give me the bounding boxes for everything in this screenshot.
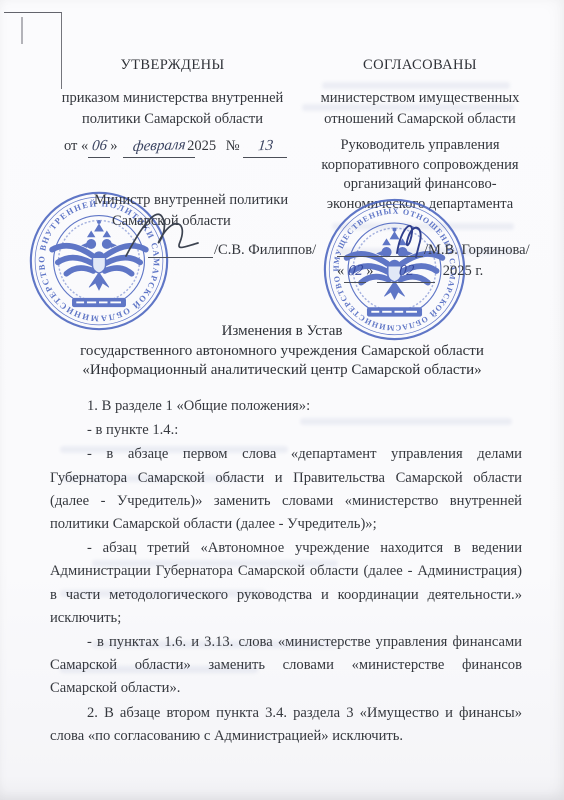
- approved-by-line1: приказом министерства внутренней: [40, 88, 305, 109]
- paragraph: - в абзаце первом слова «департамент упр…: [50, 443, 522, 536]
- document-page: УТВЕРЖДЕНЫ приказом министерства внутрен…: [0, 0, 564, 800]
- paragraph: - в пунктах 1.6. и 3.13. слова «министер…: [50, 631, 522, 701]
- approved-date-day-handwritten: 06: [91, 136, 108, 158]
- approved-date-year: 2025: [187, 138, 216, 154]
- date-close-quote: »: [110, 138, 117, 154]
- agreed-by-lines: министерством имущественных отношений Са…: [305, 88, 535, 130]
- scan-pen-tick: [21, 17, 23, 44]
- agreed-heading: СОГЛАСОВАНЫ: [310, 57, 530, 74]
- right-signatory-name: /М.В. Горяинова/: [424, 240, 530, 261]
- paragraph: 2. В абзаце втором пункта 3.4. раздела 3…: [50, 702, 522, 748]
- agreed-position-line3: организаций финансово-: [305, 175, 535, 195]
- right-date-close-quote: »: [366, 263, 373, 279]
- paragraph: 1. В разделе 1 «Общие положения»:: [50, 395, 522, 418]
- date-prefix: от «: [64, 138, 88, 154]
- approved-by-lines: приказом министерства внутренней политик…: [40, 88, 305, 130]
- approved-by-line2: политики Самарской области: [40, 109, 305, 130]
- agreed-by-line1: министерством имущественных: [305, 88, 535, 109]
- agreed-by-line2: отношений Самарской области: [305, 109, 535, 130]
- agreed-position-line2: корпоративного сопровождения: [305, 156, 535, 176]
- document-title: Изменения в Устав государственного автон…: [47, 322, 517, 381]
- approved-date-line: от «06» февраля2025 № 13: [64, 136, 324, 158]
- title-line3: «Информационный аналитический центр Сама…: [47, 361, 517, 381]
- approved-date-month-handwritten: февраля: [132, 135, 187, 158]
- document-body: 1. В разделе 1 «Общие положения»: - в пу…: [50, 395, 522, 749]
- right-date-day-handwritten: 02: [347, 261, 364, 283]
- title-line1: Изменения в Устав: [47, 322, 517, 342]
- approved-number-handwritten: 13: [257, 136, 274, 158]
- right-signature-date-line: «02» 02 2025 г.: [337, 261, 527, 283]
- right-date-open-quote: «: [337, 263, 344, 279]
- title-line2: государственного автономного учреждения …: [47, 342, 517, 362]
- agreed-position-line1: Руководитель управления: [305, 136, 535, 156]
- left-signatory-name: /С.В. Филиппов/: [214, 240, 316, 261]
- paragraph: - в пункте 1.4.:: [50, 419, 522, 442]
- scan-corner-mark: [4, 12, 62, 89]
- right-date-year: 2025 г.: [443, 263, 484, 279]
- right-date-month-handwritten: 02: [397, 261, 414, 283]
- paragraph: - абзац третий «Автономное учреждение на…: [50, 537, 522, 630]
- approved-heading: УТВЕРЖДЕНЫ: [50, 57, 295, 74]
- approved-number-sign: №: [226, 138, 240, 154]
